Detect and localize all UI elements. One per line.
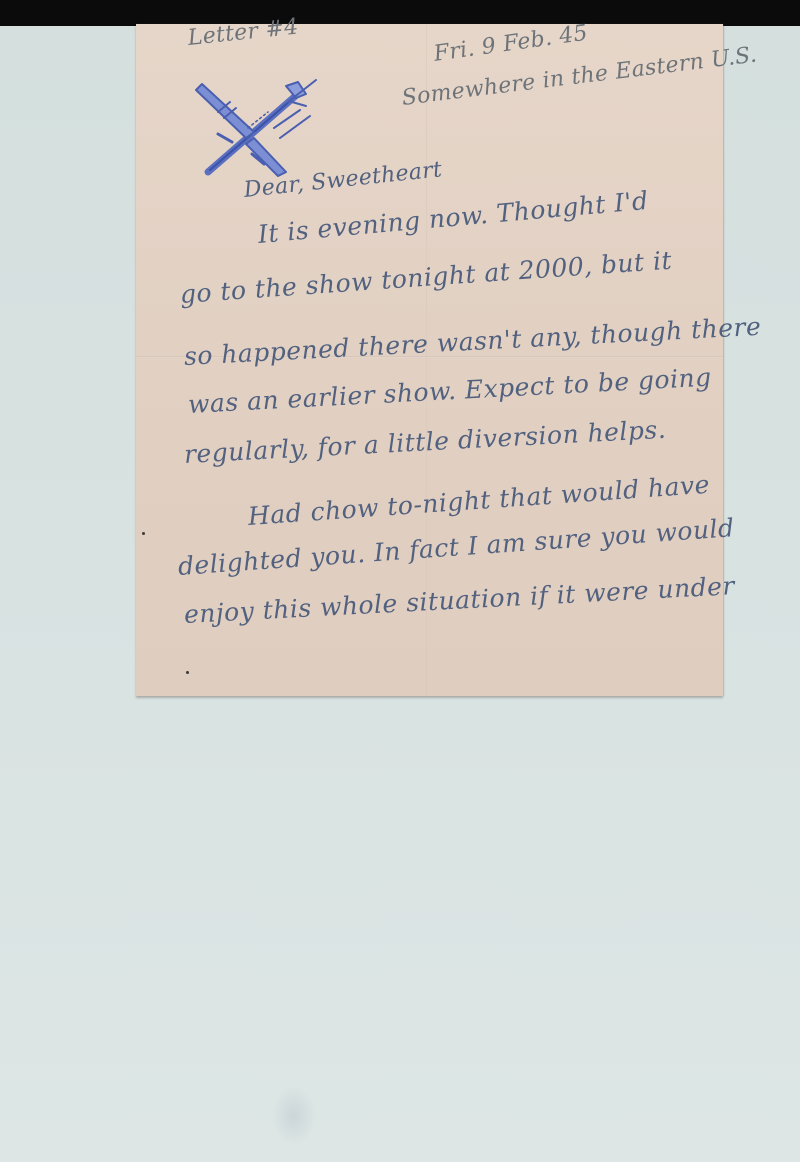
letter-line: enjoy this whole situation if it were un… [183,571,735,629]
letter-page: Letter #4 Fri. 9 Feb. 45 Somewhere in th… [136,24,723,696]
faint-smudge [272,1086,316,1146]
letter-date: Fri. 9 Feb. 45 [432,21,589,67]
airplane-icon [188,72,318,182]
ink-speck [142,532,145,535]
letter-line: was an earlier show. Expect to be going [187,363,712,419]
letter-line: so happened there wasn't any, though the… [183,312,762,371]
ink-speck [186,671,189,674]
scanner-bar [0,0,800,26]
